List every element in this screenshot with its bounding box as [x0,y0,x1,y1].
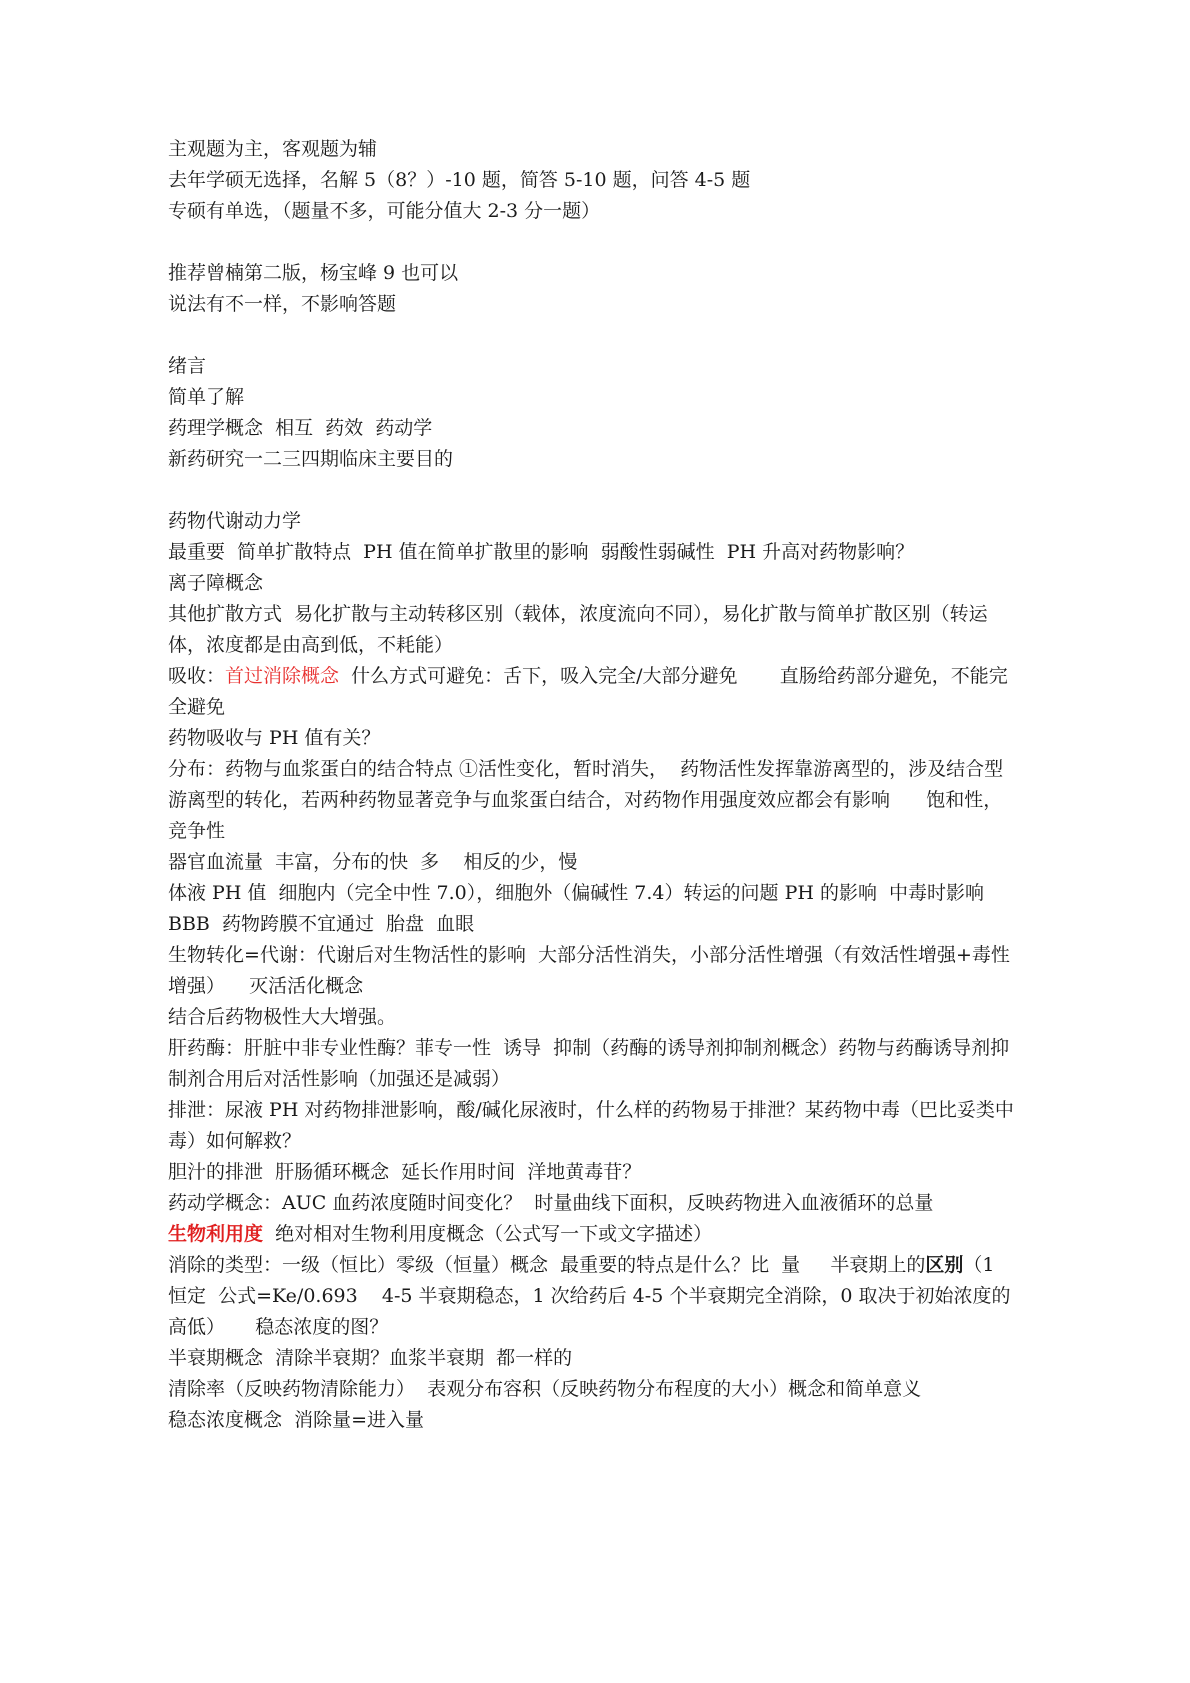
text-segment: 绪言 [168,355,206,377]
text-segment: 清除率（反映药物清除能力） 表观分布容积（反映药物分布程度的大小）概念和简单意义 [168,1378,921,1400]
text-line: 肝药酶：肝脏中非专业性酶？菲专一性 诱导 抑制（药酶的诱导剂抑制剂概念）药物与药… [168,1033,1018,1095]
text-segment: 最重要 简单扩散特点 PH 值在简单扩散里的影响 弱酸性弱碱性 PH 升高对药物… [168,541,914,563]
text-line: 最重要 简单扩散特点 PH 值在简单扩散里的影响 弱酸性弱碱性 PH 升高对药物… [168,537,1018,568]
highlighted-text: 区别 [925,1254,963,1276]
text-segment: 离子障概念 [168,572,263,594]
text-segment: 结合后药物极性大大增强。 [168,1006,396,1028]
text-line: 器官血流量 丰富，分布的快 多 相反的少，慢 [168,847,1018,878]
text-line: 清除率（反映药物清除能力） 表观分布容积（反映药物分布程度的大小）概念和简单意义 [168,1374,1018,1405]
text-segment: 消除的类型：一级（恒比）零级（恒量）概念 最重要的特点是什么？比 量 半衰期上的 [168,1254,925,1276]
text-line: 生物转化=代谢：代谢后对生物活性的影响 大部分活性消失，小部分活性增强（有效活性… [168,940,1018,1002]
text-segment: 体液 PH 值 细胞内（完全中性 7.0），细胞外（偏碱性 7.4）转运的问题 … [168,882,984,904]
text-segment: 半衰期概念 清除半衰期？血浆半衰期 都一样的 [168,1347,572,1369]
text-line: 稳态浓度概念 消除量=进入量 [168,1405,1018,1436]
text-segment: BBB 药物跨膜不宜通过 胎盘 血眼 [168,913,474,935]
text-segment: 药动学概念：AUC 血药浓度随时间变化？ 时量曲线下面积，反映药物进入血液循环的… [168,1192,933,1214]
blank-line [168,227,1018,258]
text-line: 简单了解 [168,382,1018,413]
text-segment: 胆汁的排泄 肝肠循环概念 延长作用时间 洋地黄毒苷？ [168,1161,641,1183]
text-line: 吸收：首过消除概念 什么方式可避免：舌下，吸入完全/大部分避免 直肠给药部分避免… [168,661,1018,723]
blank-line [168,320,1018,351]
text-line: 专硕有单选，（题量不多，可能分值大 2-3 分一题） [168,196,1018,227]
text-line: 绪言 [168,351,1018,382]
text-line: 药动学概念：AUC 血药浓度随时间变化？ 时量曲线下面积，反映药物进入血液循环的… [168,1188,1018,1219]
text-line: 推荐曾楠第二版，杨宝峰 9 也可以 [168,258,1018,289]
text-line: 消除的类型：一级（恒比）零级（恒量）概念 最重要的特点是什么？比 量 半衰期上的… [168,1250,1018,1343]
text-segment: 主观题为主，客观题为辅 [168,138,377,160]
document-body: 主观题为主，客观题为辅去年学硕无选择，名解 5（8？）-10 题，简答 5-10… [168,134,1018,1436]
text-segment: 分布：药物与血浆蛋白的结合特点 ①活性变化，暂时消失， 药物活性发挥靠游离型的，… [168,758,1003,842]
text-segment: 药理学概念 相互 药效 药动学 [168,417,432,439]
text-line: 新药研究一二三四期临床主要目的 [168,444,1018,475]
text-segment: 药物吸收与 PH 值有关？ [168,727,380,749]
text-segment: 说法有不一样，不影响答题 [168,293,396,315]
text-segment: 去年学硕无选择，名解 5（8？）-10 题，简答 5-10 题，问答 4-5 题 [168,169,750,191]
text-segment: 推荐曾楠第二版，杨宝峰 9 也可以 [168,262,458,284]
text-line: 排泄：尿液 PH 对药物排泄影响，酸/碱化尿液时，什么样的药物易于排泄？某药物中… [168,1095,1018,1157]
text-segment: 专硕有单选，（题量不多，可能分值大 2-3 分一题） [168,200,600,222]
text-line: 药理学概念 相互 药效 药动学 [168,413,1018,444]
text-segment: 新药研究一二三四期临床主要目的 [168,448,453,470]
text-line: 药物吸收与 PH 值有关？ [168,723,1018,754]
text-segment: 排泄：尿液 PH 对药物排泄影响，酸/碱化尿液时，什么样的药物易于排泄？某药物中… [168,1099,1014,1152]
text-line: 药物代谢动力学 [168,506,1018,537]
highlighted-text: 生物利用度 [168,1223,263,1245]
blank-line [168,475,1018,506]
document-page: 主观题为主，客观题为辅去年学硕无选择，名解 5（8？）-10 题，简答 5-10… [0,0,1190,1683]
text-segment: 其他扩散方式 易化扩散与主动转移区别（载体，浓度流向不同），易化扩散与简单扩散区… [168,603,988,656]
text-segment: 肝药酶：肝脏中非专业性酶？菲专一性 诱导 抑制（药酶的诱导剂抑制剂概念）药物与药… [168,1037,1009,1090]
highlighted-text: 首过消除概念 [225,665,339,687]
text-line: BBB 药物跨膜不宜通过 胎盘 血眼 [168,909,1018,940]
text-line: 去年学硕无选择，名解 5（8？）-10 题，简答 5-10 题，问答 4-5 题 [168,165,1018,196]
text-line: 胆汁的排泄 肝肠循环概念 延长作用时间 洋地黄毒苷？ [168,1157,1018,1188]
text-segment: 吸收： [168,665,225,687]
text-segment: 稳态浓度概念 消除量=进入量 [168,1409,424,1431]
text-line: 结合后药物极性大大增强。 [168,1002,1018,1033]
text-segment: 绝对相对生物利用度概念（公式写一下或文字描述） [263,1223,712,1245]
text-segment: 生物转化=代谢：代谢后对生物活性的影响 大部分活性消失，小部分活性增强（有效活性… [168,944,1010,997]
text-segment: 简单了解 [168,386,244,408]
text-line: 说法有不一样，不影响答题 [168,289,1018,320]
text-line: 半衰期概念 清除半衰期？血浆半衰期 都一样的 [168,1343,1018,1374]
text-line: 分布：药物与血浆蛋白的结合特点 ①活性变化，暂时消失， 药物活性发挥靠游离型的，… [168,754,1018,847]
text-line: 体液 PH 值 细胞内（完全中性 7.0），细胞外（偏碱性 7.4）转运的问题 … [168,878,1018,909]
text-line: 离子障概念 [168,568,1018,599]
text-segment: 器官血流量 丰富，分布的快 多 相反的少，慢 [168,851,577,873]
text-segment: 药物代谢动力学 [168,510,301,532]
text-line: 主观题为主，客观题为辅 [168,134,1018,165]
text-line: 生物利用度 绝对相对生物利用度概念（公式写一下或文字描述） [168,1219,1018,1250]
text-line: 其他扩散方式 易化扩散与主动转移区别（载体，浓度流向不同），易化扩散与简单扩散区… [168,599,1018,661]
